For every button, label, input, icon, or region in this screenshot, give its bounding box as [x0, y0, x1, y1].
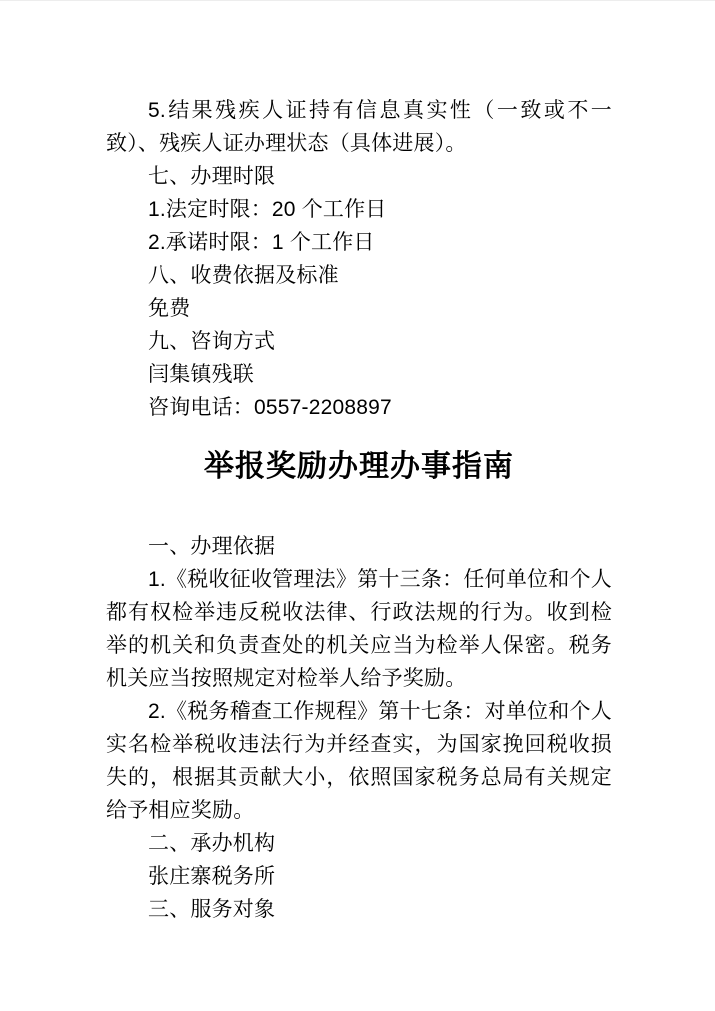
para-basis-tax-collection-law: 1.《税收征收管理法》第十三条：任何单位和个人都有权检举违反税收法律、行政法规的… — [106, 563, 612, 695]
heading-section-7-time-limit: 七、办理时限 — [106, 160, 612, 193]
document-page: 5.结果残疾人证持有信息真实性（一致或不一致）、残疾人证办理状态（具体进展）。七… — [0, 1, 715, 1011]
para-consult-phone: 咨询电话：0557-2208897 — [106, 391, 612, 424]
heading-section-8-fee-basis: 八、收费依据及标准 — [106, 259, 612, 292]
heading-section-3-service-target: 三、服务对象 — [106, 893, 612, 926]
para-basis-tax-inspection-rules: 2.《税务稽查工作规程》第十七条：对单位和个人实名检举税收违法行为并经查实，为国… — [106, 695, 612, 827]
para-agency-name: 张庄寨税务所 — [106, 860, 612, 893]
heading-section-2-undertaking-agency: 二、承办机构 — [106, 827, 612, 860]
para-statutory-time-limit: 1.法定时限：20 个工作日 — [106, 193, 612, 226]
para-promised-time-limit: 2.承诺时限：1 个工作日 — [106, 226, 612, 259]
para-certificate-result-info: 5.结果残疾人证持有信息真实性（一致或不一致）、残疾人证办理状态（具体进展）。 — [106, 94, 612, 160]
heading-section-1-handling-basis: 一、办理依据 — [106, 530, 612, 563]
heading-section-9-consult-method: 九、咨询方式 — [106, 325, 612, 358]
para-consult-organization: 闫集镇残联 — [106, 358, 612, 391]
para-fee-free: 免费 — [106, 292, 612, 325]
doc-title-report-reward-guide: 举报奖励办理办事指南 — [106, 440, 612, 494]
